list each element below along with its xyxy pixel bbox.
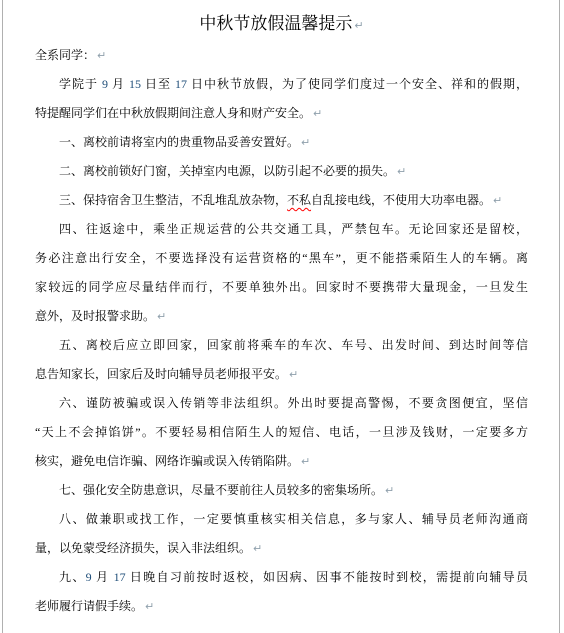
- text-run: 意外，及时报警求助。: [35, 309, 155, 323]
- text-line: 一、离校前请将室内的贵重物品妥善安置好。↵: [35, 128, 528, 157]
- text-line: 全系同学：↵: [35, 41, 528, 70]
- paragraph-item-4: 四、往返途中，乘坐正规运营的公共交通工具，严禁包车。无论回家还是留校，务必注意出…: [35, 215, 528, 331]
- text-run: 四、往返途中，乘坐正规运营的公共交通工具，严禁包车。无论回家还是留校，: [59, 222, 528, 236]
- text-run: 特提醒同学们在中秋放假期间注意人身和财产安全。: [35, 106, 311, 120]
- text-run: 家较远的同学应尽量结伴而行，不要单独外出。回家时不要携带大量现金，一旦发生: [35, 280, 528, 294]
- paragraph-mark-icon: ↵: [97, 49, 106, 62]
- text-run: 一、离校前请将室内的贵重物品妥善安置好。: [59, 135, 299, 149]
- text-line: 九、9 月 17 日晚自习前按时返校，如因病、因事不能按时到校，需提前向辅导员: [35, 563, 528, 592]
- text-run: 五、离校后应立即回家，回家前将乘车的车次、车号、出发时间、到达时间等信: [59, 338, 528, 352]
- text-line: 特提醒同学们在中秋放假期间注意人身和财产安全。↵: [35, 99, 528, 128]
- text-run: 六、谨防被骗或误入传销等非法组织。外出时要提高警惕，不要贪图便宜，坚信: [59, 396, 528, 410]
- text-run: 自乱接电线，不使用大功率电器。: [311, 193, 491, 207]
- text-line: 八、做兼职或找工作，一定要慎重核实相关信息，多与家人、辅导员老师沟通商: [35, 505, 528, 534]
- text-run: 日至: [141, 77, 175, 91]
- document-title-line: 中秋节放假温馨提示↵: [35, 9, 528, 41]
- document-page: 中秋节放假温馨提示↵ 全系同学：↵学院于 9 月 15 日至 17 日中秋节放假…: [2, 0, 560, 633]
- text-line: 二、离校前锁好门窗，关掉室内电源，以防引起不必要的损失。↵: [35, 157, 528, 186]
- text-line: 三、保持宿舍卫生整洁，不乱堆乱放杂物，不私自乱接电线，不使用大功率电器。↵: [35, 186, 528, 215]
- text-run: 日晚自习前按时返校，如因病、因事不能按时到校，需提前向辅导员: [126, 570, 528, 584]
- text-run: 老师履行请假手续。: [35, 599, 143, 613]
- text-run: 九、: [59, 570, 86, 584]
- paragraph-mark-icon: ↵: [385, 484, 394, 497]
- text-line: 老师履行请假手续。↵: [35, 592, 528, 621]
- paragraph-item-6: 六、谨防被骗或误入传销等非法组织。外出时要提高警惕，不要贪图便宜，坚信“天上不会…: [35, 389, 528, 476]
- text-run: 二、离校前锁好门窗，关掉室内电源，以防引起不必要的损失。: [59, 164, 395, 178]
- text-line: “天上不会掉馅饼”。不要轻易相信陌生人的短信、电话，一旦涉及钱财，一定要多方: [35, 418, 528, 447]
- paragraph-item-1: 一、离校前请将室内的贵重物品妥善安置好。↵: [35, 128, 528, 157]
- text-run: 息告知家长，回家后及时向辅导员老师报平安。: [35, 367, 287, 381]
- text-line: 家较远的同学应尽量结伴而行，不要单独外出。回家时不要携带大量现金，一旦发生: [35, 273, 528, 302]
- paragraph-intro: 学院于 9 月 15 日至 17 日中秋节放假，为了使同学们度过一个安全、祥和的…: [35, 70, 528, 128]
- paragraph-mark-icon: ↵: [253, 542, 262, 555]
- text-run: 全系同学：: [35, 48, 95, 62]
- text-run: 学院于: [59, 77, 102, 91]
- paragraph-mark-icon: ↵: [313, 107, 322, 120]
- text-run: 七、强化安全防患意识，尽量不要前往人员较多的密集场所。: [59, 483, 383, 497]
- paragraph-mark-icon: ↵: [157, 310, 166, 323]
- text-run: 量，以免蒙受经济损失，误入非法组织。: [35, 541, 251, 555]
- paragraph-item-9: 九、9 月 17 日晚自习前按时返校，如因病、因事不能按时到校，需提前向辅导员老…: [35, 563, 528, 621]
- paragraph-item-5: 五、离校后应立即回家，回家前将乘车的车次、车号、出发时间、到达时间等信息告知家长…: [35, 331, 528, 389]
- date-number: 15: [129, 77, 141, 91]
- text-run: “天上不会掉馅饼”。不要轻易相信陌生人的短信、电话，一旦涉及钱财，一定要多方: [35, 425, 528, 439]
- paragraph-mark-icon: ↵: [289, 368, 298, 381]
- document-paragraphs: 全系同学：↵学院于 9 月 15 日至 17 日中秋节放假，为了使同学们度过一个…: [35, 41, 528, 621]
- date-number: 17: [175, 77, 187, 91]
- text-line: 量，以免蒙受经济损失，误入非法组织。↵: [35, 534, 528, 563]
- text-run: 月: [92, 570, 114, 584]
- text-line: 意外，及时报警求助。↵: [35, 302, 528, 331]
- text-line: 务必注意出行安全，不要选择没有运营资格的“黑车”，更不能搭乘陌生人的车辆。离: [35, 244, 528, 273]
- text-line: 四、往返途中，乘坐正规运营的公共交通工具，严禁包车。无论回家还是留校，: [35, 215, 528, 244]
- text-line: 学院于 9 月 15 日至 17 日中秋节放假，为了使同学们度过一个安全、祥和的…: [35, 70, 528, 99]
- text-run: 八、做兼职或找工作，一定要慎重核实相关信息，多与家人、辅导员老师沟通商: [59, 512, 528, 526]
- paragraph-mark-icon: ↵: [397, 165, 406, 178]
- text-line: 核实，避免电信诈骗、网络诈骗或误入传销陷阱。↵: [35, 447, 528, 476]
- misspelled-text: 不私: [287, 193, 311, 207]
- text-line: 六、谨防被骗或误入传销等非法组织。外出时要提高警惕，不要贪图便宜，坚信: [35, 389, 528, 418]
- text-run: 核实，避免电信诈骗、网络诈骗或误入传销陷阱。: [35, 454, 299, 468]
- paragraph-item-7: 七、强化安全防患意识，尽量不要前往人员较多的密集场所。↵: [35, 476, 528, 505]
- paragraph-mark-icon: ↵: [354, 19, 363, 32]
- text-run: 务必注意出行安全，不要选择没有运营资格的“黑车”，更不能搭乘陌生人的车辆。离: [35, 251, 528, 265]
- paragraph-mark-icon: ↵: [301, 455, 310, 468]
- paragraph-item-2: 二、离校前锁好门窗，关掉室内电源，以防引起不必要的损失。↵: [35, 157, 528, 186]
- paragraph-mark-icon: ↵: [493, 194, 502, 207]
- text-line: 五、离校后应立即回家，回家前将乘车的车次、车号、出发时间、到达时间等信: [35, 331, 528, 360]
- paragraph-mark-icon: ↵: [301, 136, 310, 149]
- paragraph-mark-icon: ↵: [145, 600, 154, 613]
- text-run: 月: [108, 77, 129, 91]
- text-run: 日中秋节放假，为了使同学们度过一个安全、祥和的假期，: [187, 77, 528, 91]
- paragraph-item-8: 八、做兼职或找工作，一定要慎重核实相关信息，多与家人、辅导员老师沟通商量，以免蒙…: [35, 505, 528, 563]
- text-line: 七、强化安全防患意识，尽量不要前往人员较多的密集场所。↵: [35, 476, 528, 505]
- paragraph-salutation: 全系同学：↵: [35, 41, 528, 70]
- date-number: 17: [114, 570, 126, 584]
- document-title: 中秋节放假温馨提示: [199, 14, 352, 33]
- paragraph-item-3: 三、保持宿舍卫生整洁，不乱堆乱放杂物，不私自乱接电线，不使用大功率电器。↵: [35, 186, 528, 215]
- text-run: 三、保持宿舍卫生整洁，不乱堆乱放杂物，: [59, 193, 287, 207]
- text-line: 息告知家长，回家后及时向辅导员老师报平安。↵: [35, 360, 528, 389]
